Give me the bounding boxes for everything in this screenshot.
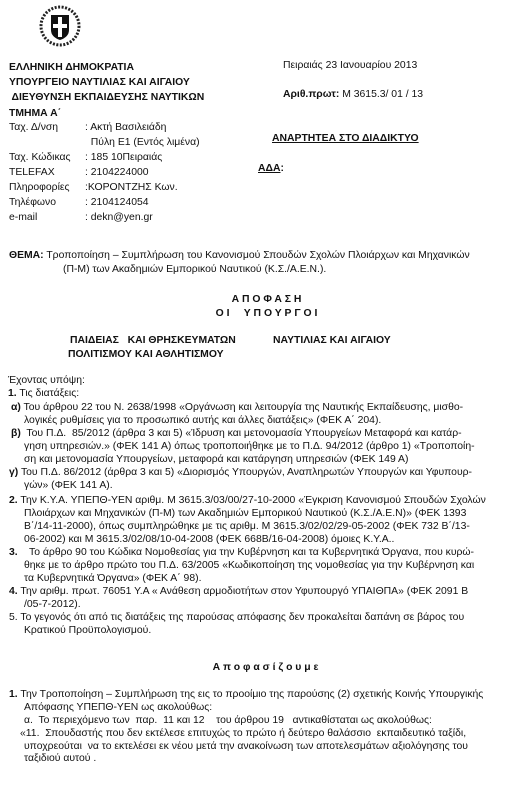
- minister-culture: ΠΟΛΙΤΙΣΜΟΥ ΚΑΙ ΑΘΛΗΤΙΣΜΟΥ: [68, 349, 224, 362]
- publish-notice: ΑΝΑΡΤΗΤΕΑ ΣΤΟ ΔΙΑΔΙΚΤΥΟ: [272, 133, 419, 146]
- minister-shipping: ΝΑΥΤΙΛΙΑΣ ΚΑΙ ΑΙΓΑΙΟΥ: [273, 335, 391, 348]
- subject-text-cont: (Π-Μ) των Ακαδημιών Εμπορικού Ναυτικού (…: [63, 264, 326, 277]
- amendment-alpha: α. Το περιεχόμενο των παρ. 11 και 12 του…: [9, 715, 514, 728]
- resolution-item-1: 1. Την Τροποποίηση – Συμπλήρωση της εις …: [9, 689, 514, 766]
- org-line: ΤΜΗΜΑ Α΄: [9, 106, 204, 121]
- org-line: ΥΠΟΥΡΓΕΙΟ ΝΑΥΤΙΛΙΑΣ ΚΑΙ ΑΙΓΑΙΟΥ: [9, 75, 204, 90]
- ada-label: ΑΔΑ: [258, 163, 280, 174]
- contact-row: Πληροφορίες:ΚΟΡΟΝΤΖΗΣ Κων.: [9, 180, 200, 195]
- considering-item-1: 1. Τις διατάξεις:: [8, 388, 79, 401]
- considering-item-4: 4. Την αριθμ. πρωτ. 76051 Υ.Α « Ανάθεση …: [9, 586, 514, 612]
- considering-item-2: 2. Την Κ.Υ.Α. ΥΠΕΠΘ-ΥΕΝ αριθμ. Μ 3615.3/…: [9, 495, 514, 547]
- contact-row: Ταχ. Δ/νση: Ακτή Βασιλειάδη: [9, 120, 200, 135]
- considering-intro: Έχοντας υπόψη:: [8, 375, 85, 388]
- minister-education: ΠΑΙΔΕΙΑΣ ΚΑΙ ΘΡΗΣΚΕΥΜΑΤΩΝ: [70, 335, 236, 348]
- resolution-title: Α π ο φ α σ ί ζ ο υ μ ε: [0, 662, 523, 675]
- considering-item-3: 3. Το άρθρο 90 του Κώδικα Νομοθεσίας για…: [9, 547, 514, 586]
- contact-details: Ταχ. Δ/νση: Ακτή Βασιλειάδη Πύλη Ε1 (Εντ…: [9, 120, 200, 225]
- ada-field: ΑΔΑ:: [258, 163, 284, 176]
- contact-row: Τηλέφωνο: 2104124054: [9, 195, 200, 210]
- ada-colon: :: [280, 163, 283, 174]
- protocol-number: Αριθ.πρωτ: Μ 3615.3/ 01 / 13: [283, 89, 423, 102]
- email-value: : dekn@yen.gr: [85, 210, 153, 225]
- provision-b: β) Του Π.Δ. 85/2012 (άρθρα 3 και 5) «Ίδρ…: [9, 428, 514, 467]
- decision-subtitle: Ο Ι Υ Π Ο Υ Ρ Γ Ο Ι: [0, 308, 523, 321]
- contact-row: Πύλη Ε1 (Εντός λιμένα): [9, 135, 200, 150]
- place-date: Πειραιάς 23 Ιανουαρίου 2013: [283, 60, 417, 73]
- subject-text: Τροποποίηση – Συμπλήρωση του Κανονισμού …: [44, 250, 470, 261]
- subject-label: ΘΕΜΑ:: [9, 250, 44, 261]
- decision-title: Α Π Ο Φ Α Σ Η: [0, 294, 523, 307]
- contact-row: e-mail: dekn@yen.gr: [9, 210, 200, 225]
- provision-c: γ) Του Π.Δ. 86/2012 (άρθρα 3 και 5) «Διο…: [9, 467, 514, 493]
- org-line: ΕΛΛΗΝΙΚΗ ΔΗΜΟΚΡΑΤΙΑ: [9, 60, 204, 75]
- protocol-value: Μ 3615.3/ 01 / 13: [342, 89, 423, 100]
- issuing-authority: ΕΛΛΗΝΙΚΗ ΔΗΜΟΚΡΑΤΙΑ ΥΠΟΥΡΓΕΙΟ ΝΑΥΤΙΛΙΑΣ …: [9, 60, 204, 121]
- contact-row: TELEFAX: 2104224000: [9, 165, 200, 180]
- org-line: ΔΙΕΥΘΥΝΣΗ ΕΚΠΑΙΔΕΥΣΗΣ ΝΑΥΤΙΚΩΝ: [9, 90, 204, 105]
- contact-row: Ταχ. Κώδικας: 185 10Πειραιάς: [9, 150, 200, 165]
- subject-line: ΘΕΜΑ: Τροποποίηση – Συμπλήρωση του Κανον…: [9, 250, 470, 263]
- greek-coat-of-arms-icon: [38, 4, 82, 48]
- provision-a: α) Του άρθρου 22 του Ν. 2638/1998 «Οργάν…: [9, 402, 514, 428]
- quoted-paragraph: «11. Σπουδαστής που δεν εκτέλεσε επιτυχώ…: [9, 728, 514, 741]
- considering-item-5: 5. Το γεγονός ότι από τις διατάξεις της …: [9, 612, 514, 638]
- protocol-label: Αριθ.πρωτ:: [283, 89, 339, 100]
